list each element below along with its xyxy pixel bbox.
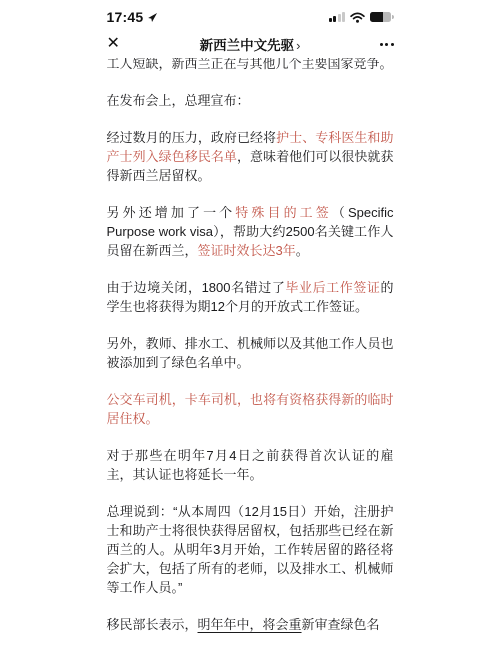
location-arrow-icon xyxy=(147,12,158,23)
paragraph: 移民部长表示，明年年中，将会重新审查绿色名 xyxy=(107,615,394,634)
highlighted-text: 签证时效长达3年 xyxy=(198,243,296,258)
paragraph: 由于边境关闭，1800名错过了毕业后工作签证的学生也将获得为期12个月的开放式工… xyxy=(107,278,394,316)
phone-screen: 17:45 xyxy=(0,0,500,658)
text-segment: 经过数月的压力，政府已经将 xyxy=(107,130,277,145)
highlighted-text: 特殊目的工签 xyxy=(235,205,332,220)
battery-icon xyxy=(370,12,394,23)
paragraph: 在发布会上，总理宣布： xyxy=(107,91,394,110)
paragraph: 经过数月的压力，政府已经将护士、专科医生和助产士列入绿色移民名单，意味着他们可以… xyxy=(107,128,394,185)
wifi-icon xyxy=(350,12,365,23)
text-segment: 。 xyxy=(296,243,309,258)
status-bar: 17:45 xyxy=(0,0,500,30)
account-title[interactable]: 新西兰中文先驱› xyxy=(137,34,364,54)
close-button[interactable]: ✕ xyxy=(107,36,137,52)
close-icon: ✕ xyxy=(107,35,120,52)
article-scroll-area[interactable]: 工人短缺，新西兰正在与其他几个主要国家竞争。 在发布会上，总理宣布： 经过数月的… xyxy=(0,58,500,658)
cellular-signal-icon xyxy=(329,12,346,22)
text-segment: 另外还增加了一个 xyxy=(107,205,236,220)
chevron-right-icon: › xyxy=(296,38,300,53)
paragraph: 总理说到：“从本周四（12月15日）开始，注册护士和助产士将很快获得居留权，包括… xyxy=(107,502,394,597)
more-options-button[interactable] xyxy=(364,43,394,46)
text-segment: 对于那些在明年7月4日之前获得首次认证的雇主，其认证也将延长一年。 xyxy=(107,448,394,482)
paragraph: 对于那些在明年7月4日之前获得首次认证的雇主，其认证也将延长一年。 xyxy=(107,446,394,484)
text-segment: 移民部长表示， xyxy=(107,617,198,632)
text-segment: 另外，教师、排水工、机械师以及其他工作人员也被添加到了绿色名单中。 xyxy=(107,336,394,370)
paragraph: 另外，教师、排水工、机械师以及其他工作人员也被添加到了绿色名单中。 xyxy=(107,334,394,372)
account-title-label: 新西兰中文先驱 xyxy=(200,38,295,53)
paragraph: 工人短缺，新西兰正在与其他几个主要国家竞争。 xyxy=(107,58,394,73)
highlighted-text: 公交车司机，卡车司机，也将有资格获得新的临时居住权。 xyxy=(107,392,394,426)
text-segment: 由于边境关闭，1800名错过了 xyxy=(107,280,286,295)
text-segment: 新审查绿色名 xyxy=(302,617,380,632)
article-body: 工人短缺，新西兰正在与其他几个主要国家竞争。 在发布会上，总理宣布： 经过数月的… xyxy=(107,58,394,634)
clock: 17:45 xyxy=(107,9,144,25)
highlighted-text: 毕业后工作签证 xyxy=(285,280,380,295)
more-icon xyxy=(380,43,383,46)
text-segment: 在发布会上，总理宣布： xyxy=(107,93,250,108)
nav-bar: ✕ 新西兰中文先驱› xyxy=(0,30,500,58)
text-segment: 工人短缺，新西兰正在与其他几个主要国家竞争。 xyxy=(107,58,393,71)
text-segment: 总理说到：“从本周四（12月15日）开始，注册护士和助产士将很快获得居留权，包括… xyxy=(107,504,394,595)
paragraph: 公交车司机，卡车司机，也将有资格获得新的临时居住权。 xyxy=(107,390,394,428)
paragraph: 另外还增加了一个特殊目的工签（Specific Purpose work vis… xyxy=(107,203,394,260)
underlined-text: 明年年中，将会重 xyxy=(198,617,302,632)
